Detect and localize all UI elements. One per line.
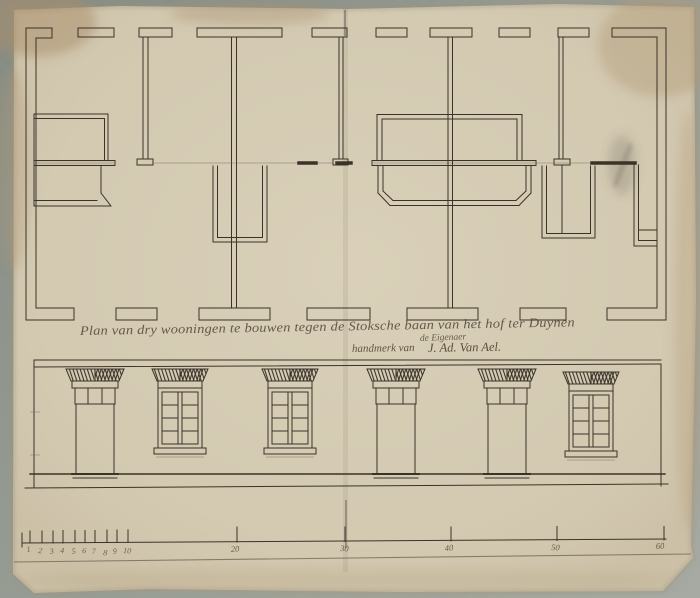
- signature-prefix-text: handmerk van: [352, 342, 415, 355]
- scale-label-40: 40: [444, 542, 454, 553]
- scale-label-50: 50: [551, 542, 561, 553]
- scale-label-4: 4: [60, 546, 65, 555]
- scale-label-60: 60: [655, 540, 665, 551]
- scale-label-6: 6: [82, 546, 87, 555]
- scale-label-9: 9: [112, 547, 117, 556]
- scale-label-3: 3: [48, 547, 54, 556]
- scale-label-20: 20: [230, 543, 240, 554]
- paper-sheet: [13, 4, 696, 593]
- drawing-sheet-svg: 1 2 3 4 5 6 7 8 9 10 20 30 40 50 60 Plan…: [0, 0, 700, 598]
- scale-label-30: 30: [339, 543, 350, 554]
- signature-name-text: J. Ad. Van Ael.: [428, 340, 501, 355]
- scale-label-10: 10: [123, 546, 132, 556]
- archival-drawing-photo: 1 2 3 4 5 6 7 8 9 10 20 30 40 50 60 Plan…: [0, 0, 700, 598]
